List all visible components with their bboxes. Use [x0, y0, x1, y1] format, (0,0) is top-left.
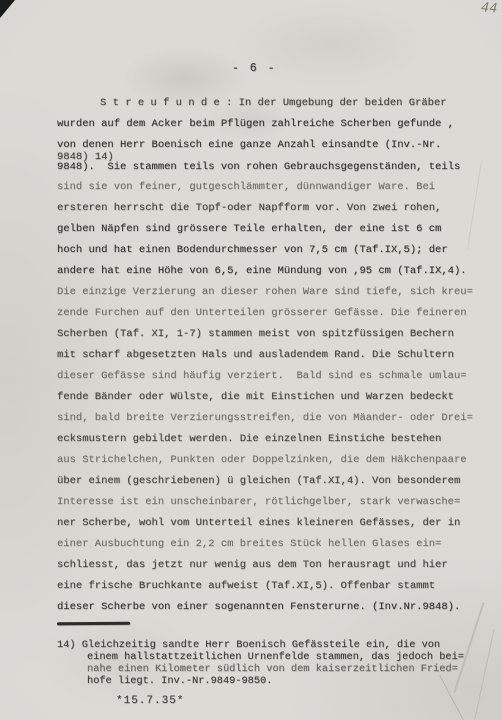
footnote-block: 14) Gleichzeitig sandte Herr Boenisch Ge…	[57, 639, 477, 687]
body-line: ecksmustern gebildet werden. Die einzeln…	[57, 433, 487, 454]
body-line: einer Ausbuchtung ein 2,2 cm breites Stü…	[57, 538, 487, 559]
body-line: Interesse ist ein unscheinbarer, rötlich…	[57, 496, 487, 517]
body-line: eine frische Bruchkante aufweist (Taf.XI…	[57, 580, 487, 601]
body-line: ersteren herrscht die Topf-oder Napfform…	[57, 202, 487, 223]
footnote-separator-rule	[57, 622, 130, 625]
body-line: wurden auf dem Acker beim Pflügen zahlre…	[57, 118, 487, 139]
body-line: ner Scherbe, wohl vom Unterteil eines kl…	[57, 517, 487, 538]
body-line: dieser Gefässe sind häufig verziert. Bal…	[57, 370, 487, 391]
typed-page-number: - 6 -	[232, 62, 277, 75]
body-line: gelben Näpfen sind grössere Teile erhalt…	[57, 223, 487, 244]
body-line: über einem (geschriebenen) ü gleichen (T…	[57, 475, 487, 496]
footnote-line: 14) Gleichzeitig sandte Herr Boenisch Ge…	[57, 639, 477, 651]
body-line: dieser Scherbe von einer sogenannten Fen…	[57, 601, 487, 622]
body-line: 9848) 14)	[57, 151, 487, 161]
body-line: mit scharf abgesetzten Hals und ausladen…	[57, 349, 487, 370]
body-line: Scherben (Taf. XI, 1-7) stammen meist vo…	[57, 328, 487, 349]
handwritten-page-number: 44	[481, 0, 499, 16]
footnote-line: hofe liegt. Inv.-Nr.9849-9850.	[57, 675, 477, 687]
body-line: von denen Herr Boenisch eine ganze Anzah…	[57, 139, 487, 151]
paper-crease	[474, 629, 494, 719]
body-line: andere hat eine Höhe von 6,5, eine Mündu…	[57, 265, 487, 286]
body-line: Die einzige Verzierung an dieser rohen W…	[57, 286, 487, 307]
body-line: aus Strichelchen, Punkten oder Doppelzin…	[57, 454, 487, 475]
body-line: sind sie von feiner, gutgeschlämmter, dü…	[57, 181, 487, 202]
body-line: S t r e u f u n d e : In der Umgebung de…	[57, 97, 487, 118]
body-line: hoch und hat einen Bodendurchmesser von …	[57, 244, 487, 265]
date-stamp: *15.7.35*	[116, 695, 184, 707]
footnote-line: einem hallstattzeitlichen Urnenfelde sta…	[57, 651, 477, 663]
footnote-line: nahe einen Kilometer südlich von dem kai…	[57, 663, 477, 675]
document-body-text: S t r e u f u n d e : In der Umgebung de…	[57, 97, 487, 622]
body-line: zende Furchen auf den Unterteilen grösse…	[57, 307, 487, 328]
scan-corner-artifact	[0, 0, 15, 18]
body-line: fende Bänder oder Wülste, die mit Einsti…	[57, 391, 487, 412]
body-line: sind, bald breite Verzierungsstreifen, d…	[57, 412, 487, 433]
body-line: schliesst, das jetzt nur wenig aus dem T…	[57, 559, 487, 580]
body-line: 9848). Sie stammen teils von rohen Gebra…	[57, 161, 487, 181]
scanned-document-page: 44 - 6 - S t r e u f u n d e : In der Um…	[0, 0, 502, 720]
